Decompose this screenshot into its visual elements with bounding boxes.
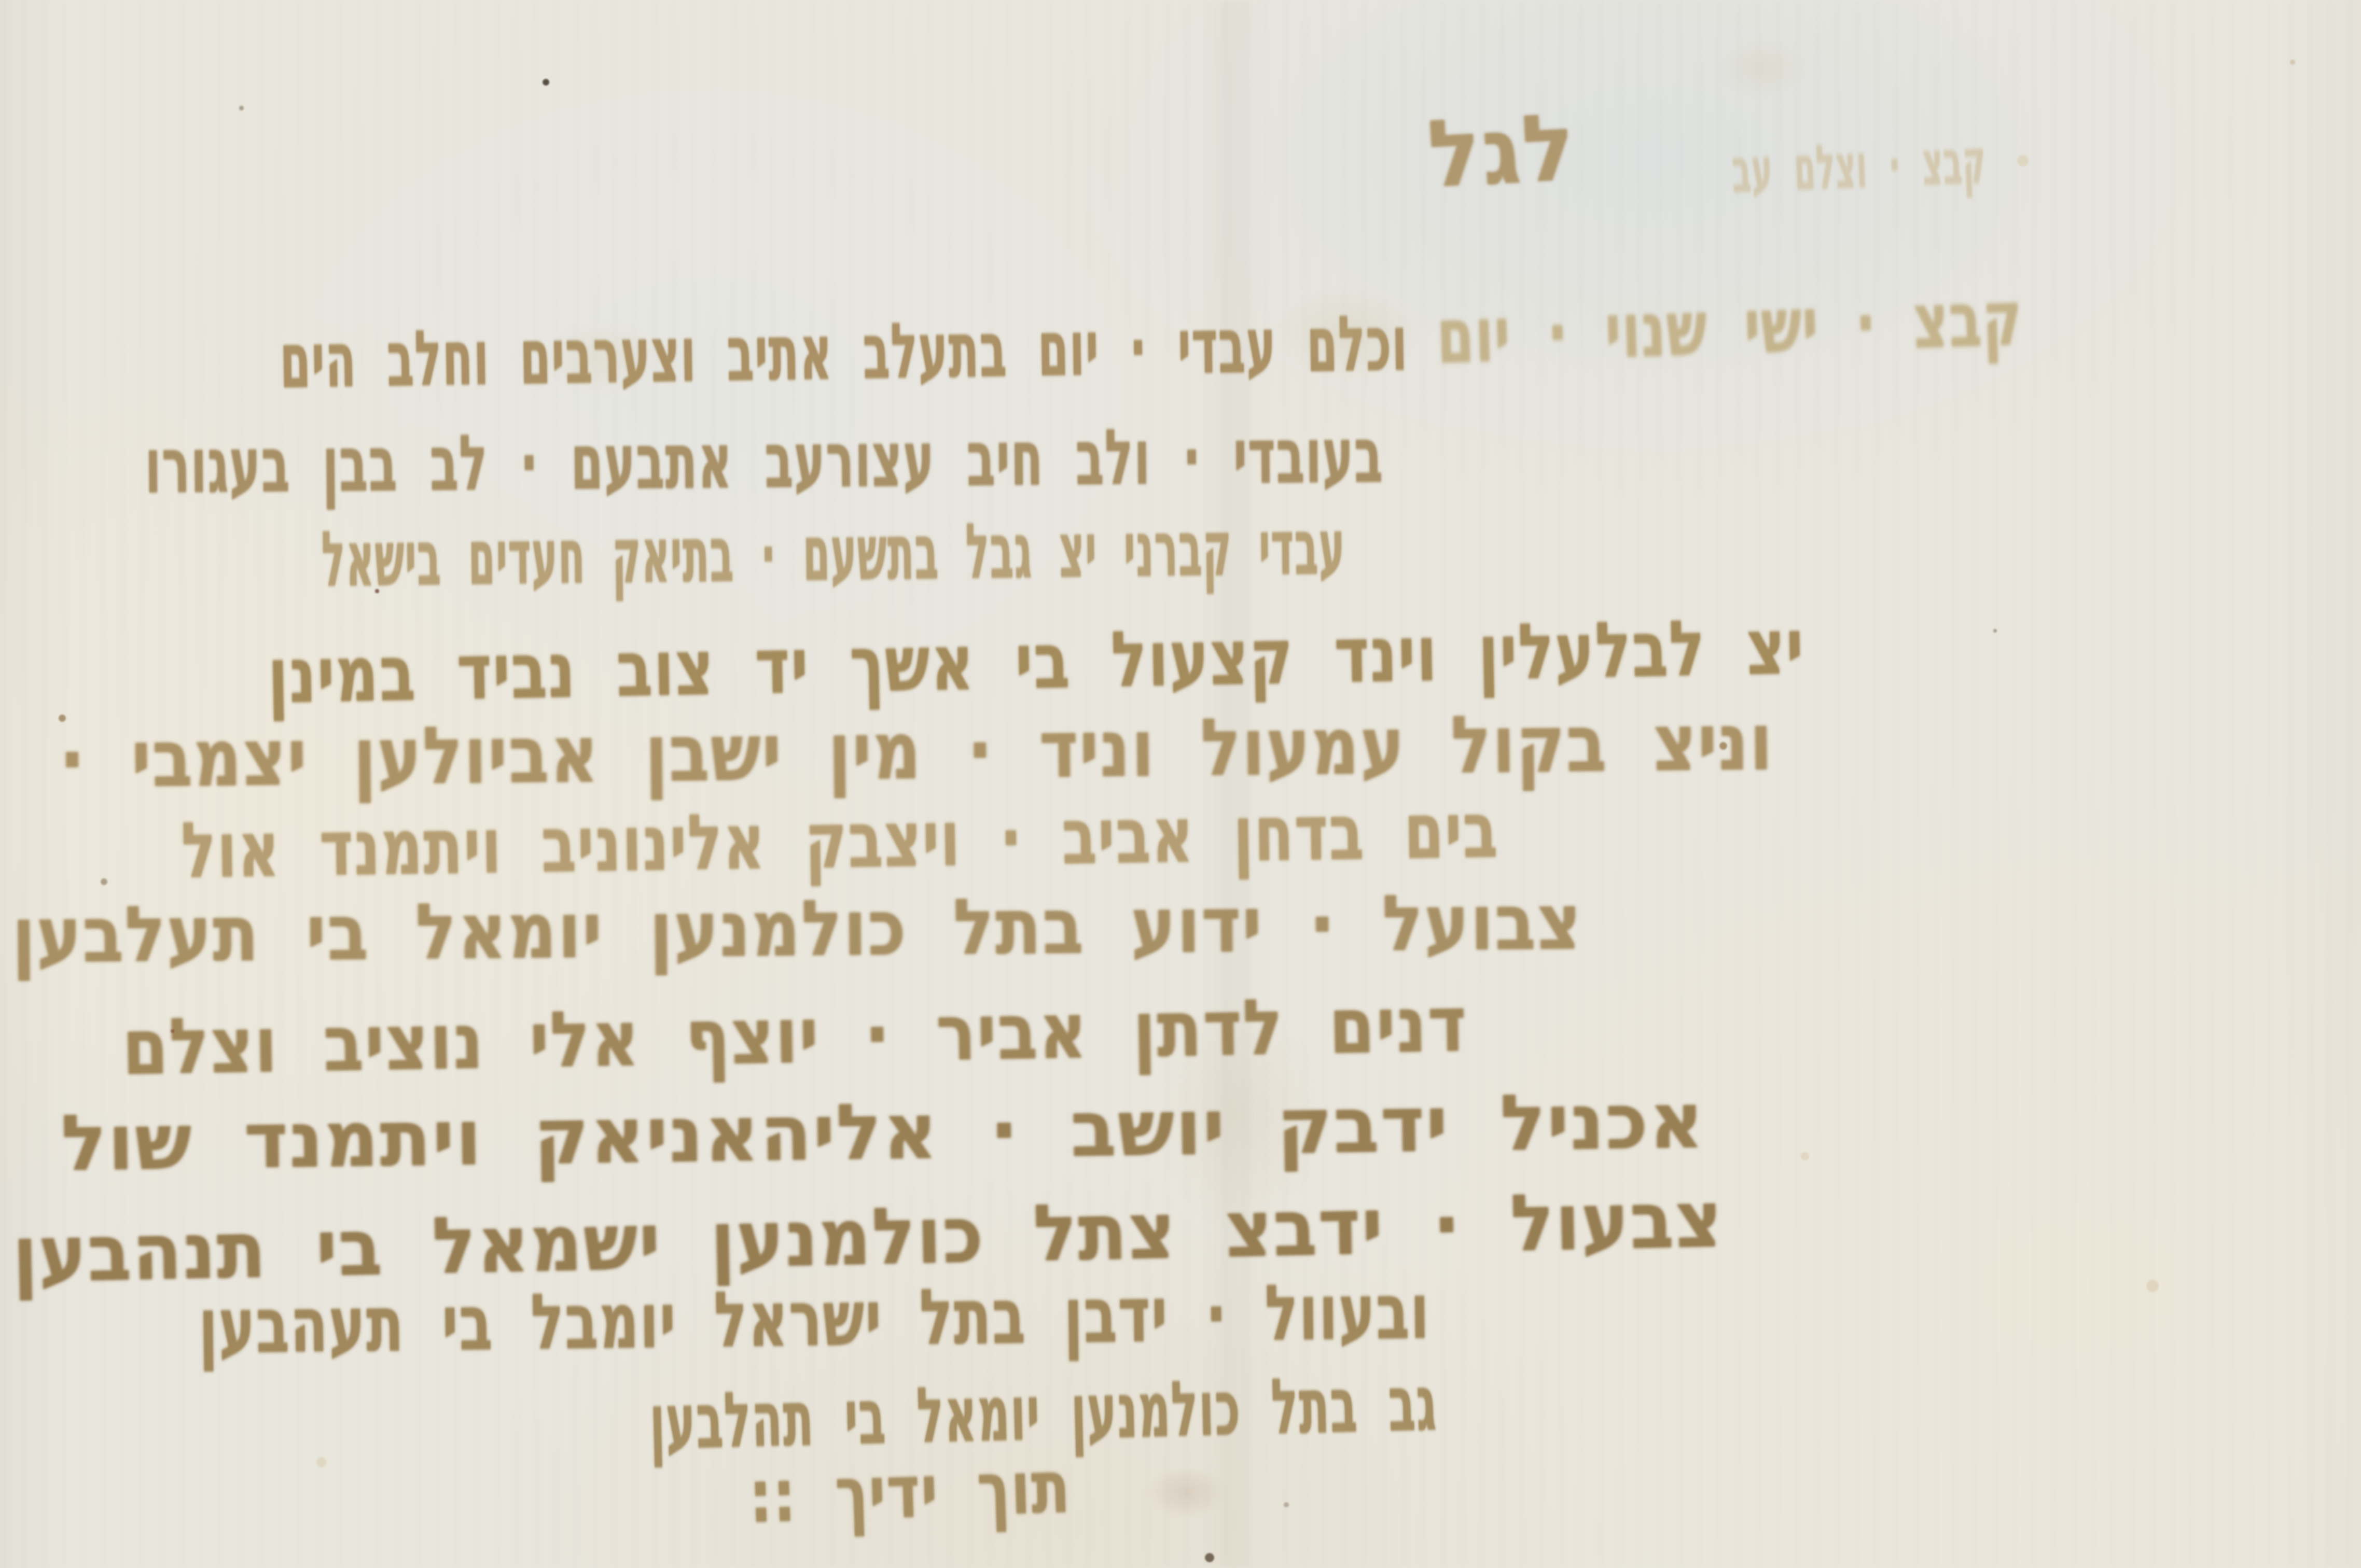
manuscript-page: לגל קבצ · וצלם עבקבצ · ישי שנוי · יוםוכל…	[0, 0, 2361, 1568]
paper-speckle	[59, 715, 66, 722]
manuscript-line: עבדי קברני יצ גבל בתשעם · בתיאק חעדים בי…	[321, 502, 1346, 604]
manuscript-line-text: ובעוול · ידבן בתל ישראל יומבל בי תעהבען	[198, 1267, 1431, 1371]
paper-speckle	[375, 589, 379, 593]
manuscript-line: וניצ בקול עמעול וניד · מין ישבן אביולען …	[59, 696, 1774, 806]
ink-stain	[1717, 36, 1810, 99]
header-word: לגל	[1426, 93, 1579, 208]
paper-speckle	[543, 79, 549, 86]
paper-speckle	[316, 1457, 327, 1467]
paper-speckle	[1993, 629, 1997, 633]
manuscript-line-text: קבצ · וצלם עב	[1731, 125, 1988, 207]
manuscript-line: צבועל · ידוע בתל כולמנען יומאל בי תעלבען	[12, 877, 1582, 980]
ink-stain	[1276, 285, 1421, 379]
manuscript-line: בעובדי · ולב חיב עצורעב אתבעם · לב בבן ב…	[145, 411, 1384, 511]
manuscript-line: ובעוול · ידבן בתל ישראל יומבל בי תעהבען	[198, 1267, 1431, 1371]
ink-stain	[539, 319, 664, 397]
paper-speckle	[171, 1029, 174, 1033]
manuscript-line-text: בעובדי · ולב חיב עצורעב אתבעם · לב בבן ב…	[145, 411, 1384, 511]
paper-speckle	[239, 106, 244, 110]
manuscript-line-text: וכלם עבדי · יום בתעלב אתיב וצערבים וחלב …	[280, 299, 1409, 405]
paper-speckle	[101, 878, 107, 885]
paper-speckle	[1719, 742, 1727, 750]
manuscript-line-text: וניצ בקול עמעול וניד · מין ישבן אביולען …	[59, 696, 1774, 806]
manuscript-line-text: קבצ · ישי שנוי · יום	[1435, 274, 2024, 381]
paper-speckle	[2017, 155, 2029, 166]
manuscript-line-text: עבדי קברני יצ גבל בתשעם · בתיאק חעדים בי…	[321, 502, 1346, 604]
paper-speckle	[2290, 60, 2295, 65]
paper-speckle	[1801, 1152, 1809, 1160]
header-word-text: לגל	[1426, 93, 1579, 208]
paper-speckle	[2146, 1280, 2159, 1292]
paper-speckle	[1205, 1553, 1214, 1562]
manuscript-line-text: צבועל · ידוע בתל כולמנען יומאל בי תעלבען	[12, 877, 1582, 980]
manuscript-line: קבצ · וצלם עב	[1731, 125, 1988, 207]
ink-stain	[1147, 1466, 1225, 1518]
paper-speckle	[1284, 1502, 1289, 1507]
manuscript-line-text: תוך ידיך ::	[748, 1445, 1072, 1539]
manuscript-line: תוך ידיך ::	[748, 1445, 1072, 1539]
manuscript-line: קבצ · ישי שנוי · יום	[1435, 274, 2024, 381]
ink-stain	[1157, 996, 1323, 1234]
manuscript-line: וכלם עבדי · יום בתעלב אתיב וצערבים וחלב …	[280, 299, 1409, 405]
